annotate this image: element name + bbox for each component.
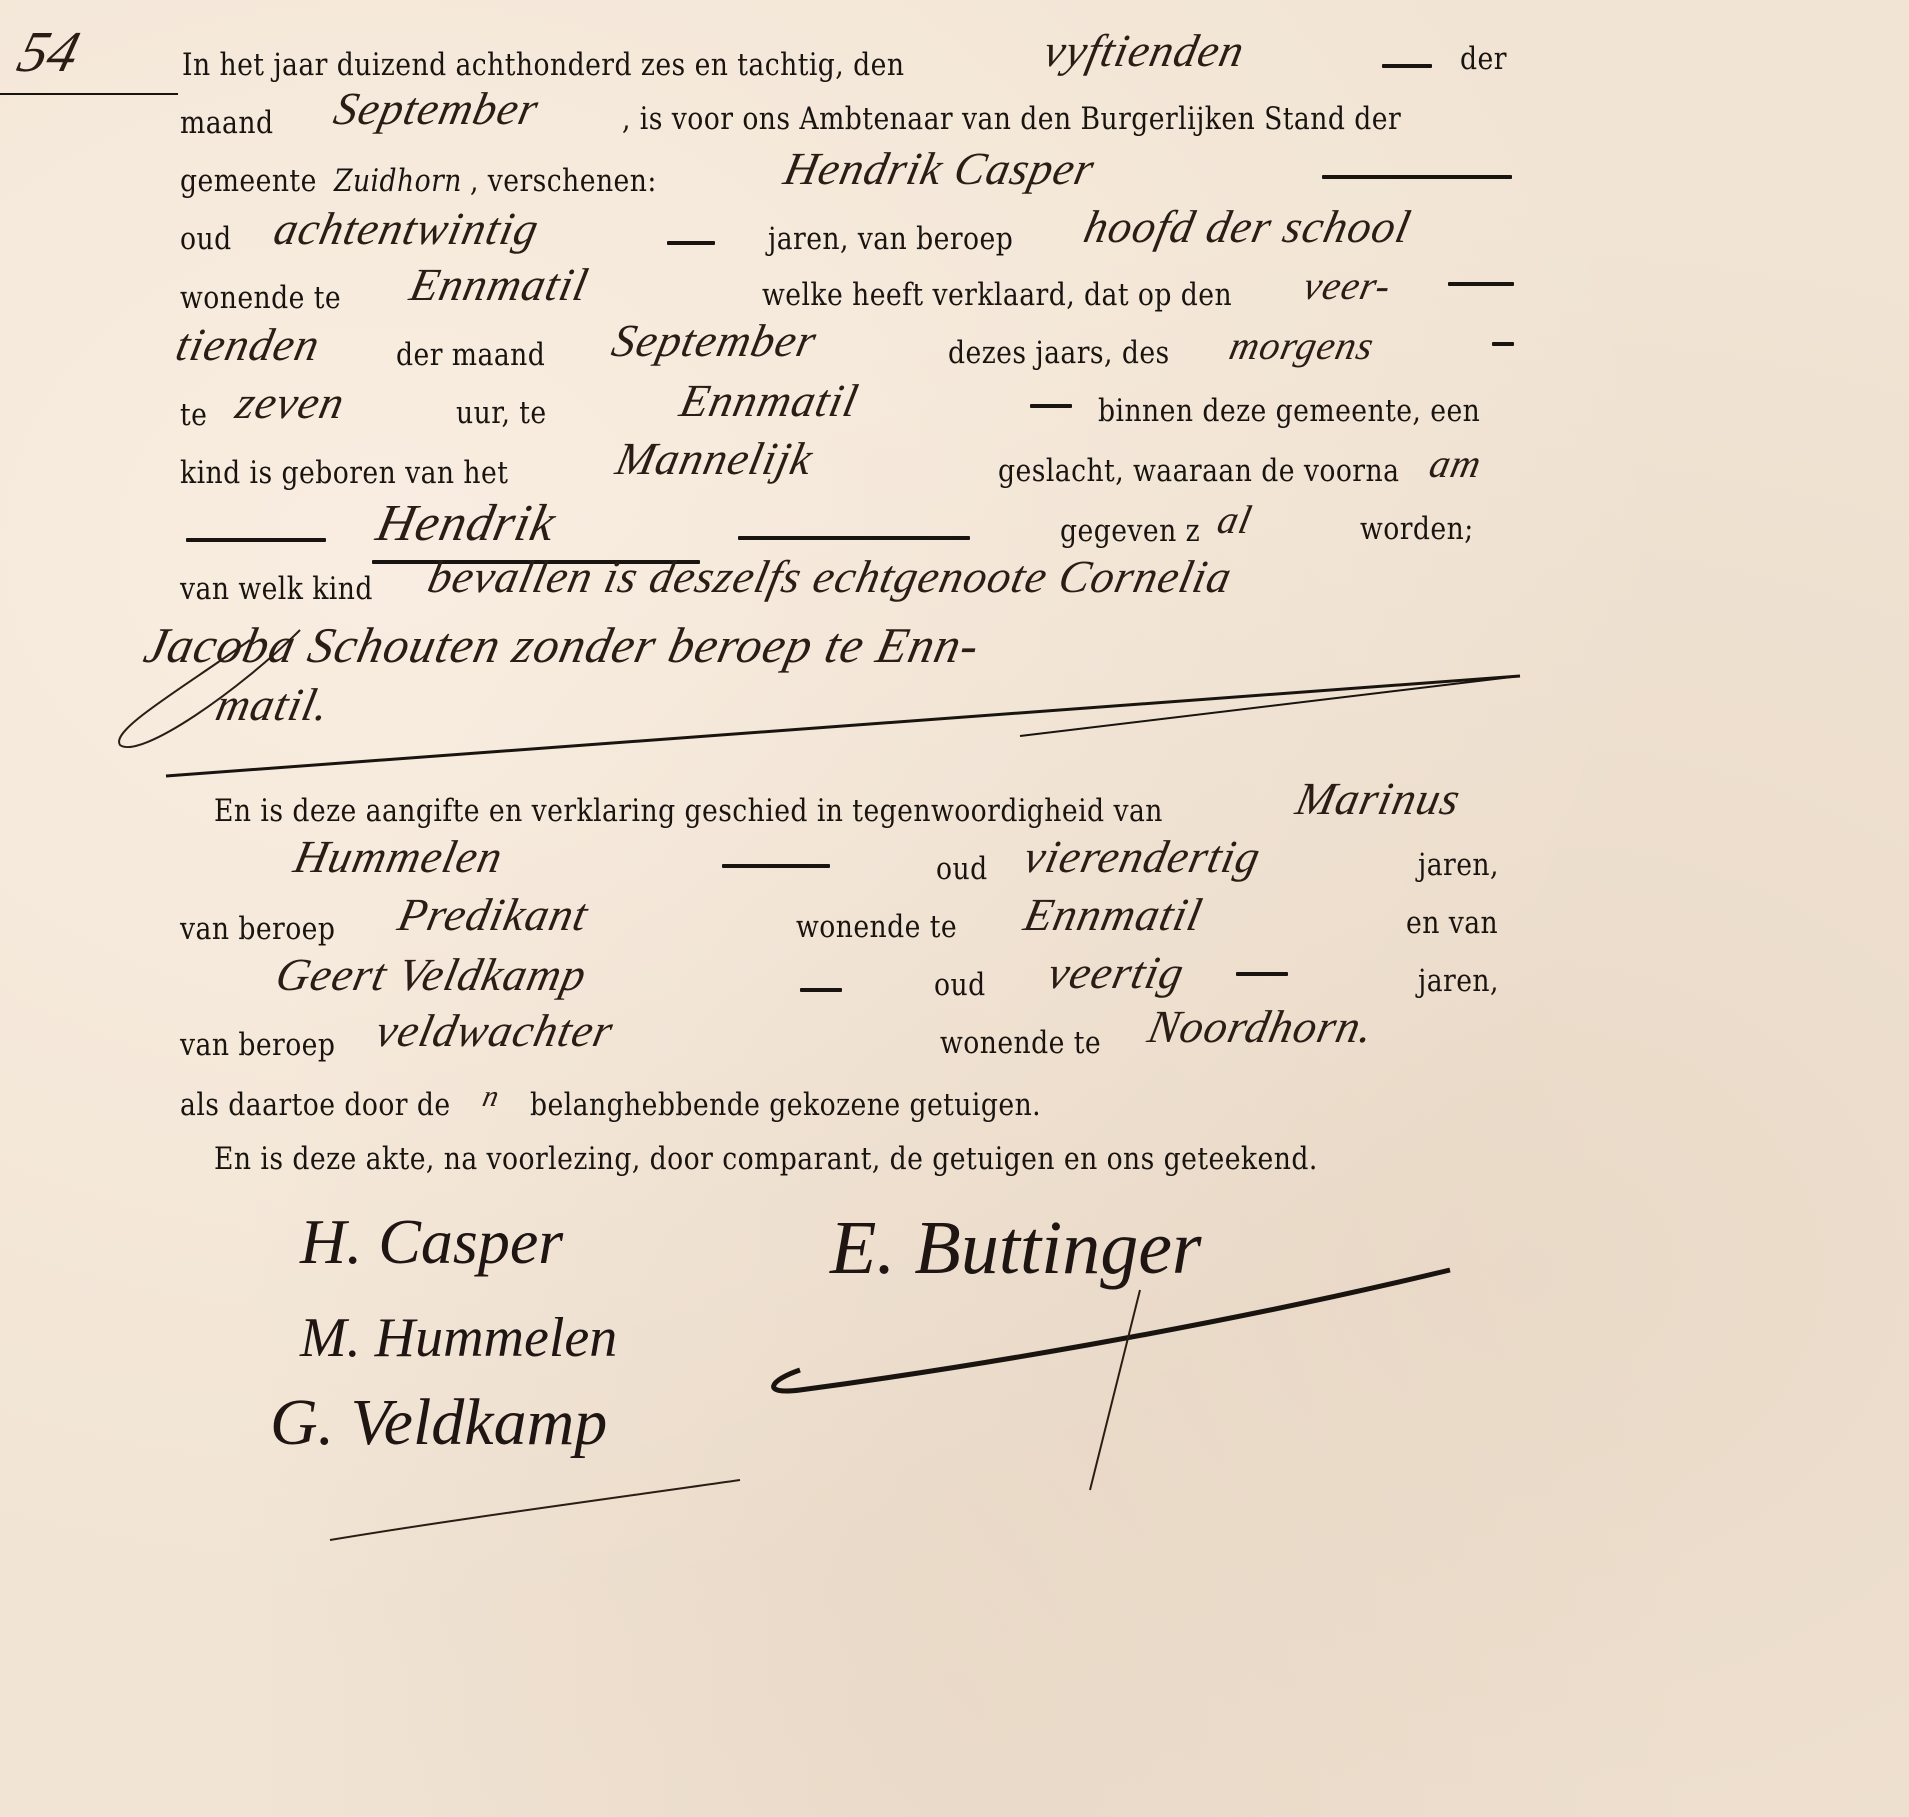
dash xyxy=(738,536,970,540)
printed-gegeven: gegeven z xyxy=(1060,516,1200,547)
printed-closing: En is deze akte, na voorlezing, door com… xyxy=(214,1144,1318,1175)
printed-jaren: jaren, xyxy=(1418,966,1499,997)
handwritten-witness1-last: Hummelen xyxy=(290,834,507,880)
printed-verschenen: , verschenen: xyxy=(470,166,657,197)
handwritten-mother-line2: Jacoba Schouten zonder beroep te Enn- xyxy=(140,620,984,670)
handwritten-witness1-age: vierendertig xyxy=(1020,834,1265,880)
handwritten-witness1-residence: Ennmatil xyxy=(1020,892,1206,938)
record-number: 54 xyxy=(11,18,87,85)
handwritten-declarant-age: achtentwintig xyxy=(270,206,543,252)
handwritten-witness1-occupation: Predikant xyxy=(394,892,592,938)
handwritten-am: am xyxy=(1426,444,1485,484)
handwritten-declarant-residence: Ennmatil xyxy=(406,262,592,308)
handwritten-child-name: Hendrik xyxy=(372,498,560,550)
printed-van-welk-kind: van welk kind xyxy=(180,574,373,605)
handwritten-birth-place: Ennmatil xyxy=(676,378,862,424)
printed-gemeente: gemeente xyxy=(180,166,317,197)
handwritten-declarant-name: Hendrik Casper xyxy=(780,146,1099,192)
dash xyxy=(1236,972,1288,976)
dash xyxy=(1382,64,1432,68)
printed-worden: worden; xyxy=(1360,514,1474,545)
printed-van-beroep: van beroep xyxy=(180,1030,335,1061)
printed-als-daartoe: als daartoe door de xyxy=(180,1090,451,1121)
signature-declarant: H. Casper xyxy=(300,1210,563,1274)
printed-kind-geboren: kind is geboren van het xyxy=(180,458,508,489)
printed-verklaard: welke heeft verklaard, dat op den xyxy=(762,280,1232,311)
handwritten-sex: Mannelijk xyxy=(612,436,817,482)
printed-en-van: en van xyxy=(1406,908,1498,939)
printed-wonende-te: wonende te xyxy=(180,283,341,314)
printed-wonende-te: wonende te xyxy=(940,1028,1101,1059)
handwritten-declarant-occupation: hoofd der school xyxy=(1080,204,1415,250)
printed-uur-te: uur, te xyxy=(456,398,547,429)
dash xyxy=(667,241,715,245)
handwritten-witness1-first: Marinus xyxy=(1292,776,1465,822)
handwritten-mother-line3: matil. xyxy=(212,682,334,728)
printed-geslacht: geslacht, waaraan de voorna xyxy=(998,456,1399,487)
handwritten-time-of-day: morgens xyxy=(1226,326,1378,366)
birth-record-page: 54 In het jaar duizend achthonderd zes e… xyxy=(0,0,1909,1817)
printed-place-zuidhorn: Zuidhorn xyxy=(334,166,462,197)
handwritten-mother-line1: bevallen is deszelfs echtgenoote Corneli… xyxy=(424,554,1236,600)
handwritten-witness2-name: Geert Veldkamp xyxy=(272,952,591,998)
handwritten-date-part1: veer- xyxy=(1300,266,1395,306)
dash xyxy=(722,864,830,868)
printed-maand: maand xyxy=(180,108,273,139)
printed-oud: oud xyxy=(180,224,232,255)
printed-der-maand: der maand xyxy=(396,340,545,371)
printed-wonende-te: wonende te xyxy=(796,912,957,943)
printed-jaren: jaren, xyxy=(1418,850,1499,881)
handwritten-day: vyftienden xyxy=(1040,28,1249,74)
handwritten-birth-month: September xyxy=(608,318,821,364)
dash xyxy=(1030,404,1072,408)
dash xyxy=(1322,175,1512,179)
handwritten-n: n xyxy=(480,1082,502,1112)
printed-belanghebbende: belanghebbende gekozene getuigen. xyxy=(530,1090,1041,1121)
handwritten-date-part2: tienden xyxy=(172,322,324,368)
printed-witness-intro: En is deze aangifte en verklaring geschi… xyxy=(214,796,1163,827)
handwritten-al: al xyxy=(1214,500,1256,540)
printed-oud: oud xyxy=(934,970,986,1001)
printed-line-2: , is voor ons Ambtenaar van den Burgerli… xyxy=(622,104,1401,135)
printed-oud: oud xyxy=(936,854,988,885)
signature-witness2: G. Veldkamp xyxy=(270,1390,607,1456)
dash xyxy=(1448,282,1514,286)
handwritten-hour: zeven xyxy=(232,380,349,426)
printed-line-1: In het jaar duizend achthonderd zes en t… xyxy=(182,50,904,81)
dash xyxy=(186,538,326,542)
handwritten-witness2-residence: Noordhorn. xyxy=(1144,1004,1378,1050)
printed-van-beroep: van beroep xyxy=(180,914,335,945)
dash xyxy=(1492,342,1514,346)
handwritten-witness2-occupation: veldwachter xyxy=(372,1008,618,1054)
printed-binnen-gemeente: binnen deze gemeente, een xyxy=(1098,396,1480,427)
handwritten-month: September xyxy=(330,86,543,132)
signature-witness1: M. Hummelen xyxy=(300,1310,617,1366)
printed-jaren-beroep: jaren, van beroep xyxy=(768,224,1013,255)
printed-dezes-jaars: dezes jaars, des xyxy=(948,338,1170,369)
margin-rule xyxy=(0,93,178,95)
printed-te: te xyxy=(180,400,207,431)
printed-der: der xyxy=(1460,44,1507,75)
signature-official: E. Buttinger xyxy=(830,1210,1202,1286)
handwritten-witness2-age: veertig xyxy=(1044,950,1188,996)
dash xyxy=(800,988,842,992)
